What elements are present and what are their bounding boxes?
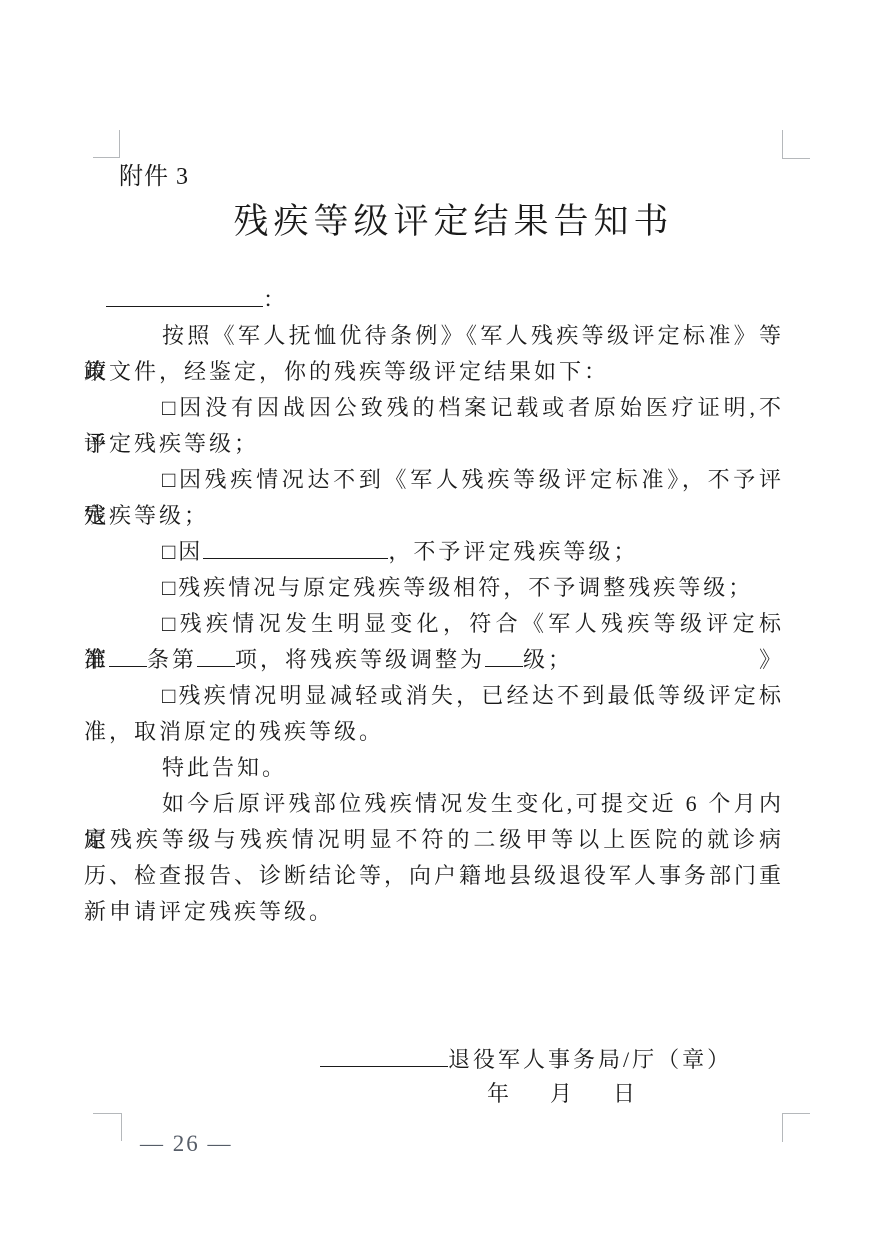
body-text: 因	[178, 539, 203, 564]
body-line-option-reduced-1: □残疾情况明显减轻或消失，已经达不到最低等级评定标	[84, 678, 784, 714]
date-day-label: 日	[613, 1081, 635, 1106]
attachment-label: 附件 3	[119, 160, 189, 194]
body-line-notify: 特此告知。	[84, 750, 784, 786]
body-line-option-unchanged: □残疾情况与原定残疾等级相符，不予调整残疾等级；	[84, 570, 784, 606]
body-line-option-changed-1: □残疾情况发生明显变化，符合《军人残疾等级评定标准》	[84, 606, 784, 642]
date-year-label: 年	[487, 1081, 509, 1106]
article-number-blank-field[interactable]	[109, 663, 147, 667]
body-line-future-2: 定残疾等级与残疾情况明显不符的二级甲等以上医院的就诊病	[84, 822, 784, 858]
body-line-option-reduced-2: 准，取消原定的残疾等级。	[84, 714, 784, 750]
body-text: 准，取消原定的残疾等级。	[84, 719, 384, 744]
body-line-future-1: 如今后原评残部位残疾情况发生变化,可提交近 6 个月内原	[84, 786, 784, 822]
text-boundary-corner-top-right	[782, 130, 810, 159]
body-line-policy-1: 按照《军人抚恤优待条例》《军人残疾等级评定标准》等政	[84, 318, 784, 354]
body-text: 项，将残疾等级调整为	[235, 647, 485, 672]
checkbox-reduced[interactable]: □	[162, 683, 179, 708]
text-boundary-corner-bottom-right	[782, 1113, 810, 1142]
salutation-colon: ：	[263, 287, 288, 312]
recipient-name-blank-field[interactable]	[106, 303, 263, 307]
text-boundary-corner-top-left	[93, 130, 120, 158]
body-text: 新申请评定残疾等级。	[84, 899, 334, 924]
body-text: 定残疾等级与残疾情况明显不符的二级甲等以上医院的就诊病	[84, 827, 784, 852]
body-text: ，不予评定残疾等级；	[388, 539, 638, 564]
body-line-option-no-record-1: □因没有因战因公致残的档案记载或者原始医疗证明,不予	[84, 390, 784, 426]
checkbox-changed[interactable]: □	[162, 611, 180, 636]
grade-blank-field[interactable]	[485, 663, 523, 667]
body-text: 残疾等级；	[84, 503, 209, 528]
checkbox-other-reason[interactable]: □	[162, 539, 178, 564]
checkbox-below-standard[interactable]: □	[162, 467, 179, 492]
document-title: 残疾等级评定结果告知书	[0, 194, 893, 244]
body-line-option-no-record-2: 评定残疾等级；	[84, 426, 784, 462]
date-line: 年月日	[487, 1076, 635, 1112]
body-line-option-below-standard-2: 残疾等级；	[84, 498, 784, 534]
signature-line: 退役军人事务局/厅（章）	[320, 1042, 732, 1078]
body-line-policy-2: 策文件，经鉴定，你的残疾等级评定结果如下：	[84, 354, 784, 390]
body-line-option-below-standard-1: □因残疾情况达不到《军人残疾等级评定标准》，不予评定	[84, 462, 784, 498]
body-line-option-other-reason: □因，不予评定残疾等级；	[84, 534, 784, 570]
checkbox-no-record[interactable]: □	[162, 395, 179, 420]
body-text: 级；	[523, 647, 573, 672]
item-number-blank-field[interactable]	[197, 663, 235, 667]
body-line-future-4: 新申请评定残疾等级。	[84, 894, 784, 930]
agency-name-blank-field[interactable]	[320, 1063, 448, 1067]
salutation-line: ：	[84, 282, 784, 318]
date-month-label: 月	[550, 1081, 572, 1106]
checkbox-unchanged[interactable]: □	[162, 575, 178, 600]
document-body: ： 按照《军人抚恤优待条例》《军人残疾等级评定标准》等政 策文件，经鉴定，你的残…	[84, 282, 784, 930]
body-text: 策文件，经鉴定，你的残疾等级评定结果如下：	[84, 359, 609, 384]
body-text: 残疾情况与原定残疾等级相符，不予调整残疾等级；	[178, 575, 753, 600]
agency-label: 退役军人事务局/厅（章）	[448, 1047, 732, 1072]
body-line-future-3: 历、检查报告、诊断结论等，向户籍地县级退役军人事务部门重	[84, 858, 784, 894]
body-text: 特此告知。	[162, 755, 287, 780]
body-text: 历、检查报告、诊断结论等，向户籍地县级退役军人事务部门重	[84, 863, 784, 888]
reason-blank-field[interactable]	[203, 555, 388, 559]
body-text: 第	[84, 647, 109, 672]
body-text: 评定残疾等级；	[84, 431, 259, 456]
body-text: 残疾情况明显减轻或消失，已经达不到最低等级评定标	[179, 683, 784, 708]
body-text: 条第	[147, 647, 197, 672]
text-boundary-corner-bottom-left	[93, 1113, 122, 1141]
document-page: 附件 3 残疾等级评定结果告知书 ： 按照《军人抚恤优待条例》《军人残疾等级评定…	[0, 0, 893, 1260]
page-number: — 26 —	[140, 1126, 233, 1162]
